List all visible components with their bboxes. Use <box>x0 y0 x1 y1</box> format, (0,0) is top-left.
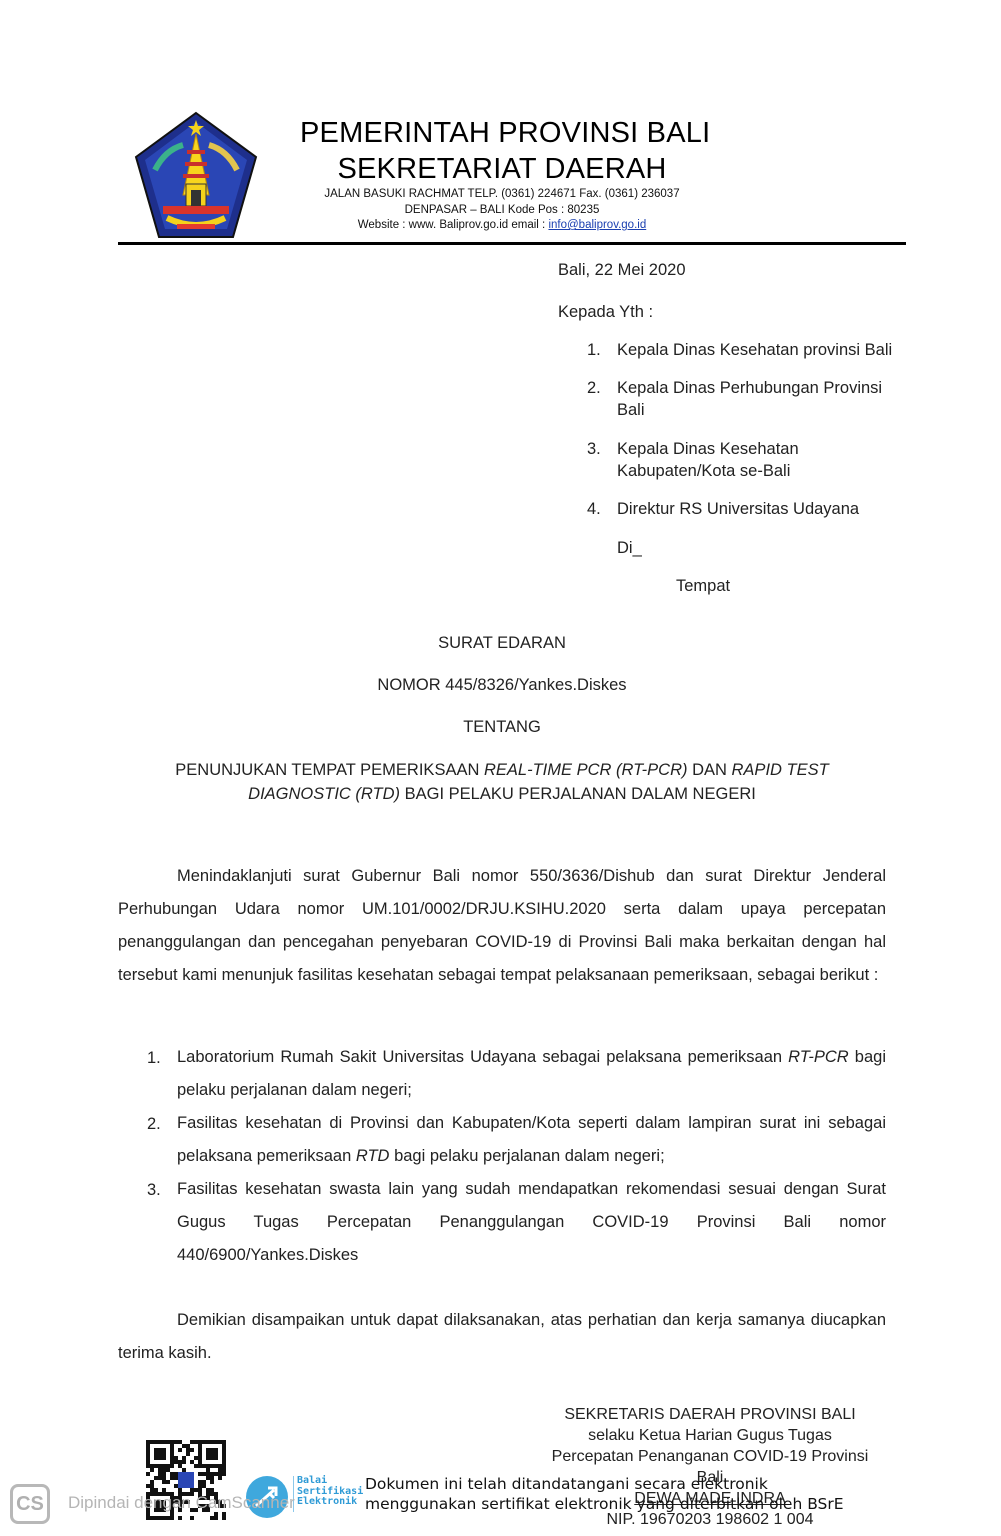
list-number: 3. <box>147 1181 161 1200</box>
scanner-watermark: Dipindai dengan CamScanner <box>68 1493 295 1513</box>
signatory-position: SEKRETARIS DAERAH PROVINSI BALI <box>500 1404 920 1425</box>
list-number: 1. <box>147 1049 161 1068</box>
recipient-item: Kepala Dinas Perhubungan ProvinsiBali <box>617 377 882 421</box>
intro-paragraph: Menindaklanjuti surat Gubernur Bali nomo… <box>118 860 886 992</box>
letter-number: NOMOR 445/8326/Yankes.Diskes <box>100 676 904 695</box>
email-link[interactable]: info@baliprov.go.id <box>548 219 646 231</box>
esign-note: Dokumen ini telah ditandatangani secara … <box>365 1475 768 1493</box>
recipient-item: Kepala Dinas KesehatanKabupaten/Kota se-… <box>617 438 799 482</box>
letterhead-address: JALAN BASUKI RACHMAT TELP. (0361) 224671… <box>300 188 704 200</box>
recipient-number: 2. <box>587 379 601 398</box>
di-label: Di_ <box>617 539 642 558</box>
letter-subject: PENUNJUKAN TEMPAT PEMERIKSAAN REAL-TIME … <box>150 758 854 806</box>
recipient-item: Direktur RS Universitas Udayana <box>617 498 859 520</box>
greeting: Kepada Yth : <box>558 303 653 322</box>
letterhead-contact: Website : www. Baliprov.go.id email : in… <box>300 219 704 231</box>
letterhead-city: DENPASAR – BALI Kode Pos : 80235 <box>300 204 704 216</box>
tempat-label: Tempat <box>676 577 730 596</box>
letter-type: SURAT EDARAN <box>100 634 904 653</box>
list-item: Fasilitas kesehatan swasta lain yang sud… <box>177 1173 886 1272</box>
camscanner-badge-icon: CS <box>10 1484 50 1524</box>
bali-province-coat-of-arms-icon <box>133 110 259 240</box>
letterhead-divider <box>118 242 906 245</box>
letterhead-title: PEMERINTAH PROVINSI BALI <box>300 117 704 150</box>
list-item: Fasilitas kesehatan di Provinsi dan Kabu… <box>177 1107 886 1173</box>
website-text: Website : www. Baliprov.go.id email : <box>358 219 549 231</box>
bsre-label: Balai Sertifikasi Elektronik <box>297 1476 363 1508</box>
list-item: Laboratorium Rumah Sakit Universitas Uda… <box>177 1041 886 1107</box>
recipient-number: 1. <box>587 341 601 360</box>
signatory-role: selaku Ketua Harian Gugus Tugas <box>500 1425 920 1446</box>
esign-note: menggunakan sertifikat elektronik yang d… <box>365 1495 844 1513</box>
closing-paragraph: Demikian disampaikan untuk dapat dilaksa… <box>118 1304 886 1370</box>
tentang-label: TENTANG <box>100 718 904 737</box>
recipient-number: 4. <box>587 500 601 519</box>
list-number: 2. <box>147 1115 161 1134</box>
letterhead-subtitle: SEKRETARIAT DAERAH <box>300 153 704 186</box>
letter-date: Bali, 22 Mei 2020 <box>558 261 686 280</box>
recipient-number: 3. <box>587 440 601 459</box>
recipient-item: Kepala Dinas Kesehatan provinsi Bali <box>617 339 892 361</box>
signatory-role: Percepatan Penanganan COVID-19 Provinsi <box>500 1446 920 1467</box>
